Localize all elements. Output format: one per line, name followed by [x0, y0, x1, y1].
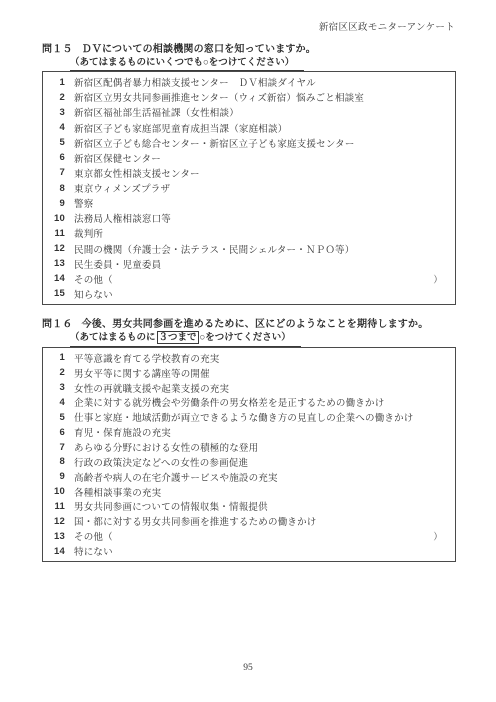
- option-row: 5 新宿区立子ども総合センター・新宿区立子ども家庭支援センター: [51, 136, 443, 150]
- option-row: 4 企業に対する就労機会や労働条件の男女格差を是正するための働きかけ: [51, 395, 443, 409]
- option-row: 11 裁判所: [51, 226, 443, 240]
- option-label: 女性の再就職支援や起業支援の充実: [74, 381, 229, 395]
- option-number: 8: [51, 183, 65, 194]
- option-label: その他（: [74, 272, 113, 286]
- option-label: 新宿区立男女共同参画推進センター（ウィズ新宿）悩みごと相談室: [74, 90, 364, 104]
- option-number: 3: [51, 382, 65, 393]
- option-number: 11: [51, 501, 65, 512]
- option-label: 新宿区保健センター: [74, 151, 161, 165]
- option-label: 法務局人権相談窓口等: [74, 211, 171, 225]
- option-label: 男女平等に関する講座等の開催: [74, 366, 210, 380]
- option-label: 国・都に対する男女共同参画を推進するための働きかけ: [74, 514, 317, 528]
- question-15-instruction-text: （あてはまるものにいくつでも○をつけてください）: [70, 54, 304, 71]
- option-label: 知らない: [74, 287, 113, 301]
- option-number: 4: [51, 122, 65, 133]
- question-15-instruction: （あてはまるものにいくつでも○をつけてください）: [70, 54, 304, 71]
- option-label: 新宿区立子ども総合センター・新宿区立子ども家庭支援センター: [74, 136, 355, 150]
- option-label: 特にない: [74, 544, 113, 558]
- option-number: 7: [51, 442, 65, 453]
- question-16-instruction: （あてはまるものに３つまで○をつけてください）: [70, 329, 301, 347]
- option-number: 2: [51, 92, 65, 103]
- option-number: 10: [51, 213, 65, 224]
- option-row: 11 男女共同参画についての情報収集・情報提供: [51, 499, 443, 513]
- option-row: 1 新宿区配偶者暴力相談支援センター ＤＶ相談ダイヤル: [51, 75, 443, 89]
- option-number: 13: [51, 531, 65, 542]
- option-label: 企業に対する就労機会や労働条件の男女格差を是正するための働きかけ: [74, 395, 384, 409]
- option-number: 8: [51, 456, 65, 467]
- option-number: 12: [51, 516, 65, 527]
- option-number: 12: [51, 243, 65, 254]
- question-16-instruction-before: （あてはまるものに: [70, 332, 156, 343]
- option-number: 13: [51, 258, 65, 269]
- option-number: 1: [51, 77, 65, 88]
- question-16-number: 問１６: [42, 319, 73, 330]
- option-label: あらゆる分野における女性の積極的な登用: [74, 440, 258, 454]
- option-row: 9 高齢者や病人の在宅介護サービスや施設の充実: [51, 470, 443, 484]
- question-15-number: 問１５: [42, 44, 73, 55]
- option-row: 2 男女平等に関する講座等の開催: [51, 366, 443, 380]
- option-row: 13 その他（ ）: [51, 529, 443, 543]
- option-label: 新宿区配偶者暴力相談支援センター ＤＶ相談ダイヤル: [74, 75, 316, 89]
- option-row: 6 新宿区保健センター: [51, 151, 443, 165]
- option-row: 4 新宿区子ども家庭部児童育成担当課（家庭相談）: [51, 121, 443, 135]
- option-number: 5: [51, 137, 65, 148]
- question-16-title: 問１６今後、男女共同参画を進めるために、区にどのようなことを期待しますか。: [42, 315, 428, 330]
- option-row: 7 東京都女性相談支援センター: [51, 166, 443, 180]
- option-label: その他（: [74, 529, 113, 543]
- option-row: 9 警察: [51, 196, 443, 210]
- option-number: 6: [51, 427, 65, 438]
- option-number: 9: [51, 198, 65, 209]
- option-label: 警察: [74, 196, 93, 210]
- option-row: 10 各種相談事業の充実: [51, 485, 443, 499]
- option-row: 12 民間の機関（弁護士会・法テラス・民間シェルター・ＮＰＯ等）: [51, 242, 443, 256]
- question-16-instruction-after: ○をつけてください）: [200, 332, 291, 343]
- option-label: 仕事と家庭・地域活動が両立できるような働き方の見直しの企業への働きかけ: [74, 410, 414, 424]
- option-number: 3: [51, 107, 65, 118]
- option-fill-in-close-paren: ）: [433, 529, 443, 543]
- option-label: 東京ウィメンズプラザ: [74, 181, 170, 195]
- option-fill-in-close-paren: ）: [433, 272, 443, 286]
- questionnaire-page: 新宿区区政モニターアンケート 問１５ＤＶについての相談機関の窓口を知っていますか…: [0, 0, 496, 702]
- option-row: 3 女性の再就職支援や起業支援の充実: [51, 381, 443, 395]
- option-row: 8 東京ウィメンズプラザ: [51, 181, 443, 195]
- option-number: 9: [51, 471, 65, 482]
- option-row: 2 新宿区立男女共同参画推進センター（ウィズ新宿）悩みごと相談室: [51, 90, 443, 104]
- option-label: 高齢者や病人の在宅介護サービスや施設の充実: [74, 470, 278, 484]
- option-number: 11: [51, 228, 65, 239]
- option-row: 12 国・都に対する男女共同参画を推進するための働きかけ: [51, 514, 443, 528]
- option-label: 裁判所: [74, 226, 103, 240]
- option-label: 平等意識を育てる学校教育の充実: [74, 351, 220, 365]
- option-row: 1 平等意識を育てる学校教育の充実: [51, 351, 443, 365]
- option-row: 5 仕事と家庭・地域活動が両立できるような働き方の見直しの企業への働きかけ: [51, 410, 443, 424]
- option-number: 4: [51, 397, 65, 408]
- option-row: 6 育児・保育施設の充実: [51, 425, 443, 439]
- option-label: 新宿区福祉部生活福祉課（女性相談）: [74, 105, 239, 119]
- option-number: 6: [51, 152, 65, 163]
- option-label: 行政の政策決定などへの女性の参画促進: [74, 455, 248, 469]
- option-number: 10: [51, 486, 65, 497]
- option-label: 民生委員・児童委員: [74, 257, 161, 271]
- option-number: 1: [51, 352, 65, 363]
- question-15-options-box: 1 新宿区配偶者暴力相談支援センター ＤＶ相談ダイヤル 2 新宿区立男女共同参画…: [42, 71, 456, 305]
- option-row: 14 特にない: [51, 544, 443, 558]
- question-16-limit-box: ３つまで: [157, 331, 199, 344]
- option-label: 東京都女性相談支援センター: [74, 166, 200, 180]
- option-row: 14 その他（ ）: [51, 272, 443, 286]
- option-number: 7: [51, 167, 65, 178]
- option-label: 男女共同参画についての情報収集・情報提供: [74, 499, 268, 513]
- option-number: 15: [51, 288, 65, 299]
- document-header: 新宿区区政モニターアンケート: [319, 19, 455, 33]
- option-label: 各種相談事業の充実: [74, 485, 161, 499]
- option-row: 3 新宿区福祉部生活福祉課（女性相談）: [51, 105, 443, 119]
- page-number: 95: [0, 663, 496, 673]
- option-label: 民間の機関（弁護士会・法テラス・民間シェルター・ＮＰＯ等）: [74, 242, 354, 256]
- option-label: 育児・保育施設の充実: [74, 425, 171, 439]
- question-16-options-box: 1 平等意識を育てる学校教育の充実 2 男女平等に関する講座等の開催 3 女性の…: [42, 347, 456, 562]
- option-row: 13 民生委員・児童委員: [51, 257, 443, 271]
- option-row: 7 あらゆる分野における女性の積極的な登用: [51, 440, 443, 454]
- option-row: 8 行政の政策決定などへの女性の参画促進: [51, 455, 443, 469]
- option-number: 5: [51, 412, 65, 423]
- option-number: 14: [51, 273, 65, 284]
- option-row: 10 法務局人権相談窓口等: [51, 211, 443, 225]
- option-row: 15 知らない: [51, 287, 443, 301]
- option-number: 14: [51, 546, 65, 557]
- option-label: 新宿区子ども家庭部児童育成担当課（家庭相談）: [74, 121, 287, 135]
- question-15-title: 問１５ＤＶについての相談機関の窓口を知っていますか。: [42, 40, 316, 55]
- option-number: 2: [51, 367, 65, 378]
